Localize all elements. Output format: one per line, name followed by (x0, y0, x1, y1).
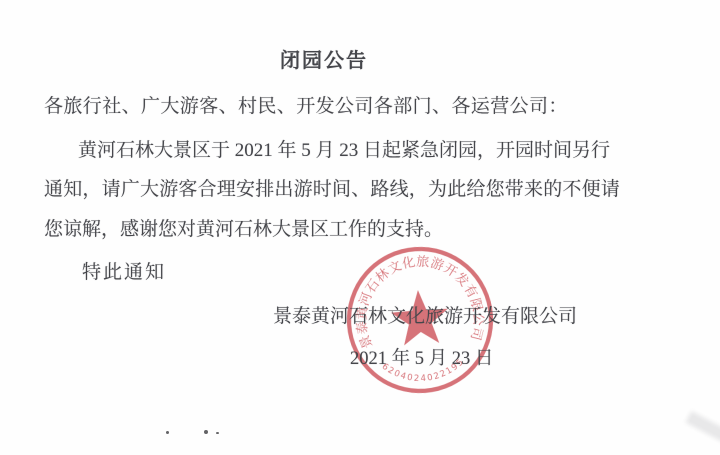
closing-line: 特此通知 (82, 261, 166, 284)
scan-speckle (166, 431, 169, 434)
document-date: 2021 年 5 月 23 日 (350, 348, 493, 371)
scan-smudge (685, 411, 720, 442)
document-title: 闭园公告 (44, 50, 604, 73)
salutation-line: 各旅行社、广大游客、村民、开发公司各部门、各运营公司： (44, 95, 568, 118)
body-line-3: 您谅解，感谢您对黄河石林大景区工作的支持。 (44, 218, 443, 241)
body-line-2: 通知，请广大游客合理安排出游时间、路线，为此给您带来的不便请 (44, 178, 620, 201)
scan-speckle (216, 432, 219, 434)
body-line-1: 黄河石林大景区于 2021 年 5 月 23 日起紧急闭园，开园时间另行 (78, 139, 610, 162)
company-signature: 景泰黄河石林文化旅游开发有限公司 (273, 305, 577, 328)
closure-notice-document: 闭园公告 各旅行社、广大游客、村民、开发公司各部门、各运营公司： 黄河石林大景区… (0, 0, 720, 455)
scan-speckle (204, 430, 208, 434)
